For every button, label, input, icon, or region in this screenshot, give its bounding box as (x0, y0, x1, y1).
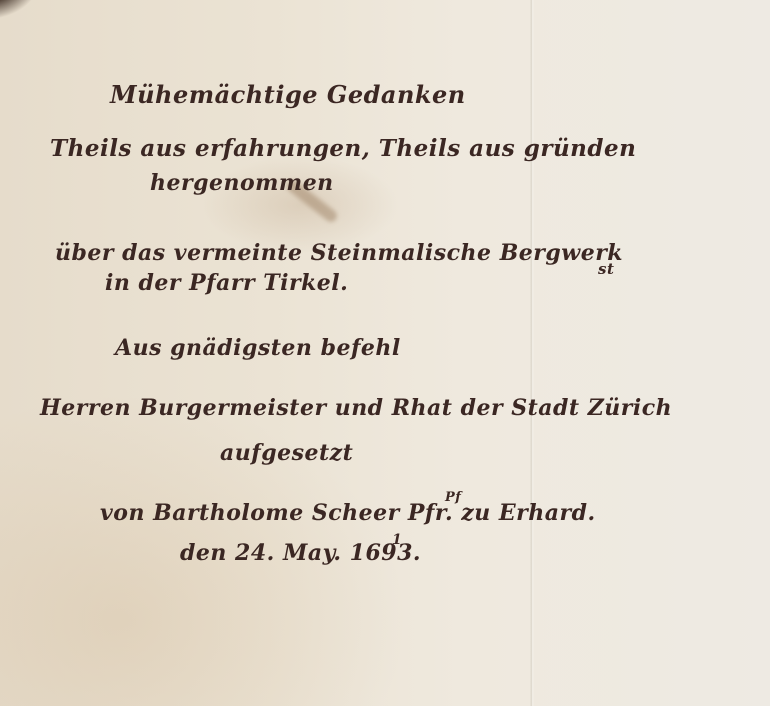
interlinear-insertion: st (598, 260, 614, 278)
title-line-2: Theils aus erfahrungen, Theils aus gründ… (50, 135, 636, 162)
date-line: den 24. May. 1693. (180, 540, 421, 566)
commission-line: Aus gnädigsten befehl (115, 335, 401, 361)
addressee-line: Herren Burgermeister und Rhat der Stadt … (40, 395, 672, 421)
title-line-3: hergenommen (150, 170, 334, 196)
interlinear-insertion: 1 (392, 532, 402, 548)
author-line: von Bartholome Scheer Pfr. zu Erhard. (100, 500, 596, 526)
title-line-1: Mühemächtige Gedanken (110, 80, 466, 109)
paper-fold-line (530, 0, 534, 706)
dark-corner-shadow (0, 0, 40, 20)
interlinear-insertion: Pf (445, 490, 461, 505)
composed-line: aufgesetzt (220, 440, 353, 466)
manuscript-page: Mühemächtige Gedanken Theils aus erfahru… (0, 0, 770, 706)
subject-line-2: in der Pfarr Tirkel. (105, 270, 348, 296)
subject-line-1: über das vermeinte Steinmalische Bergwer… (55, 240, 623, 266)
